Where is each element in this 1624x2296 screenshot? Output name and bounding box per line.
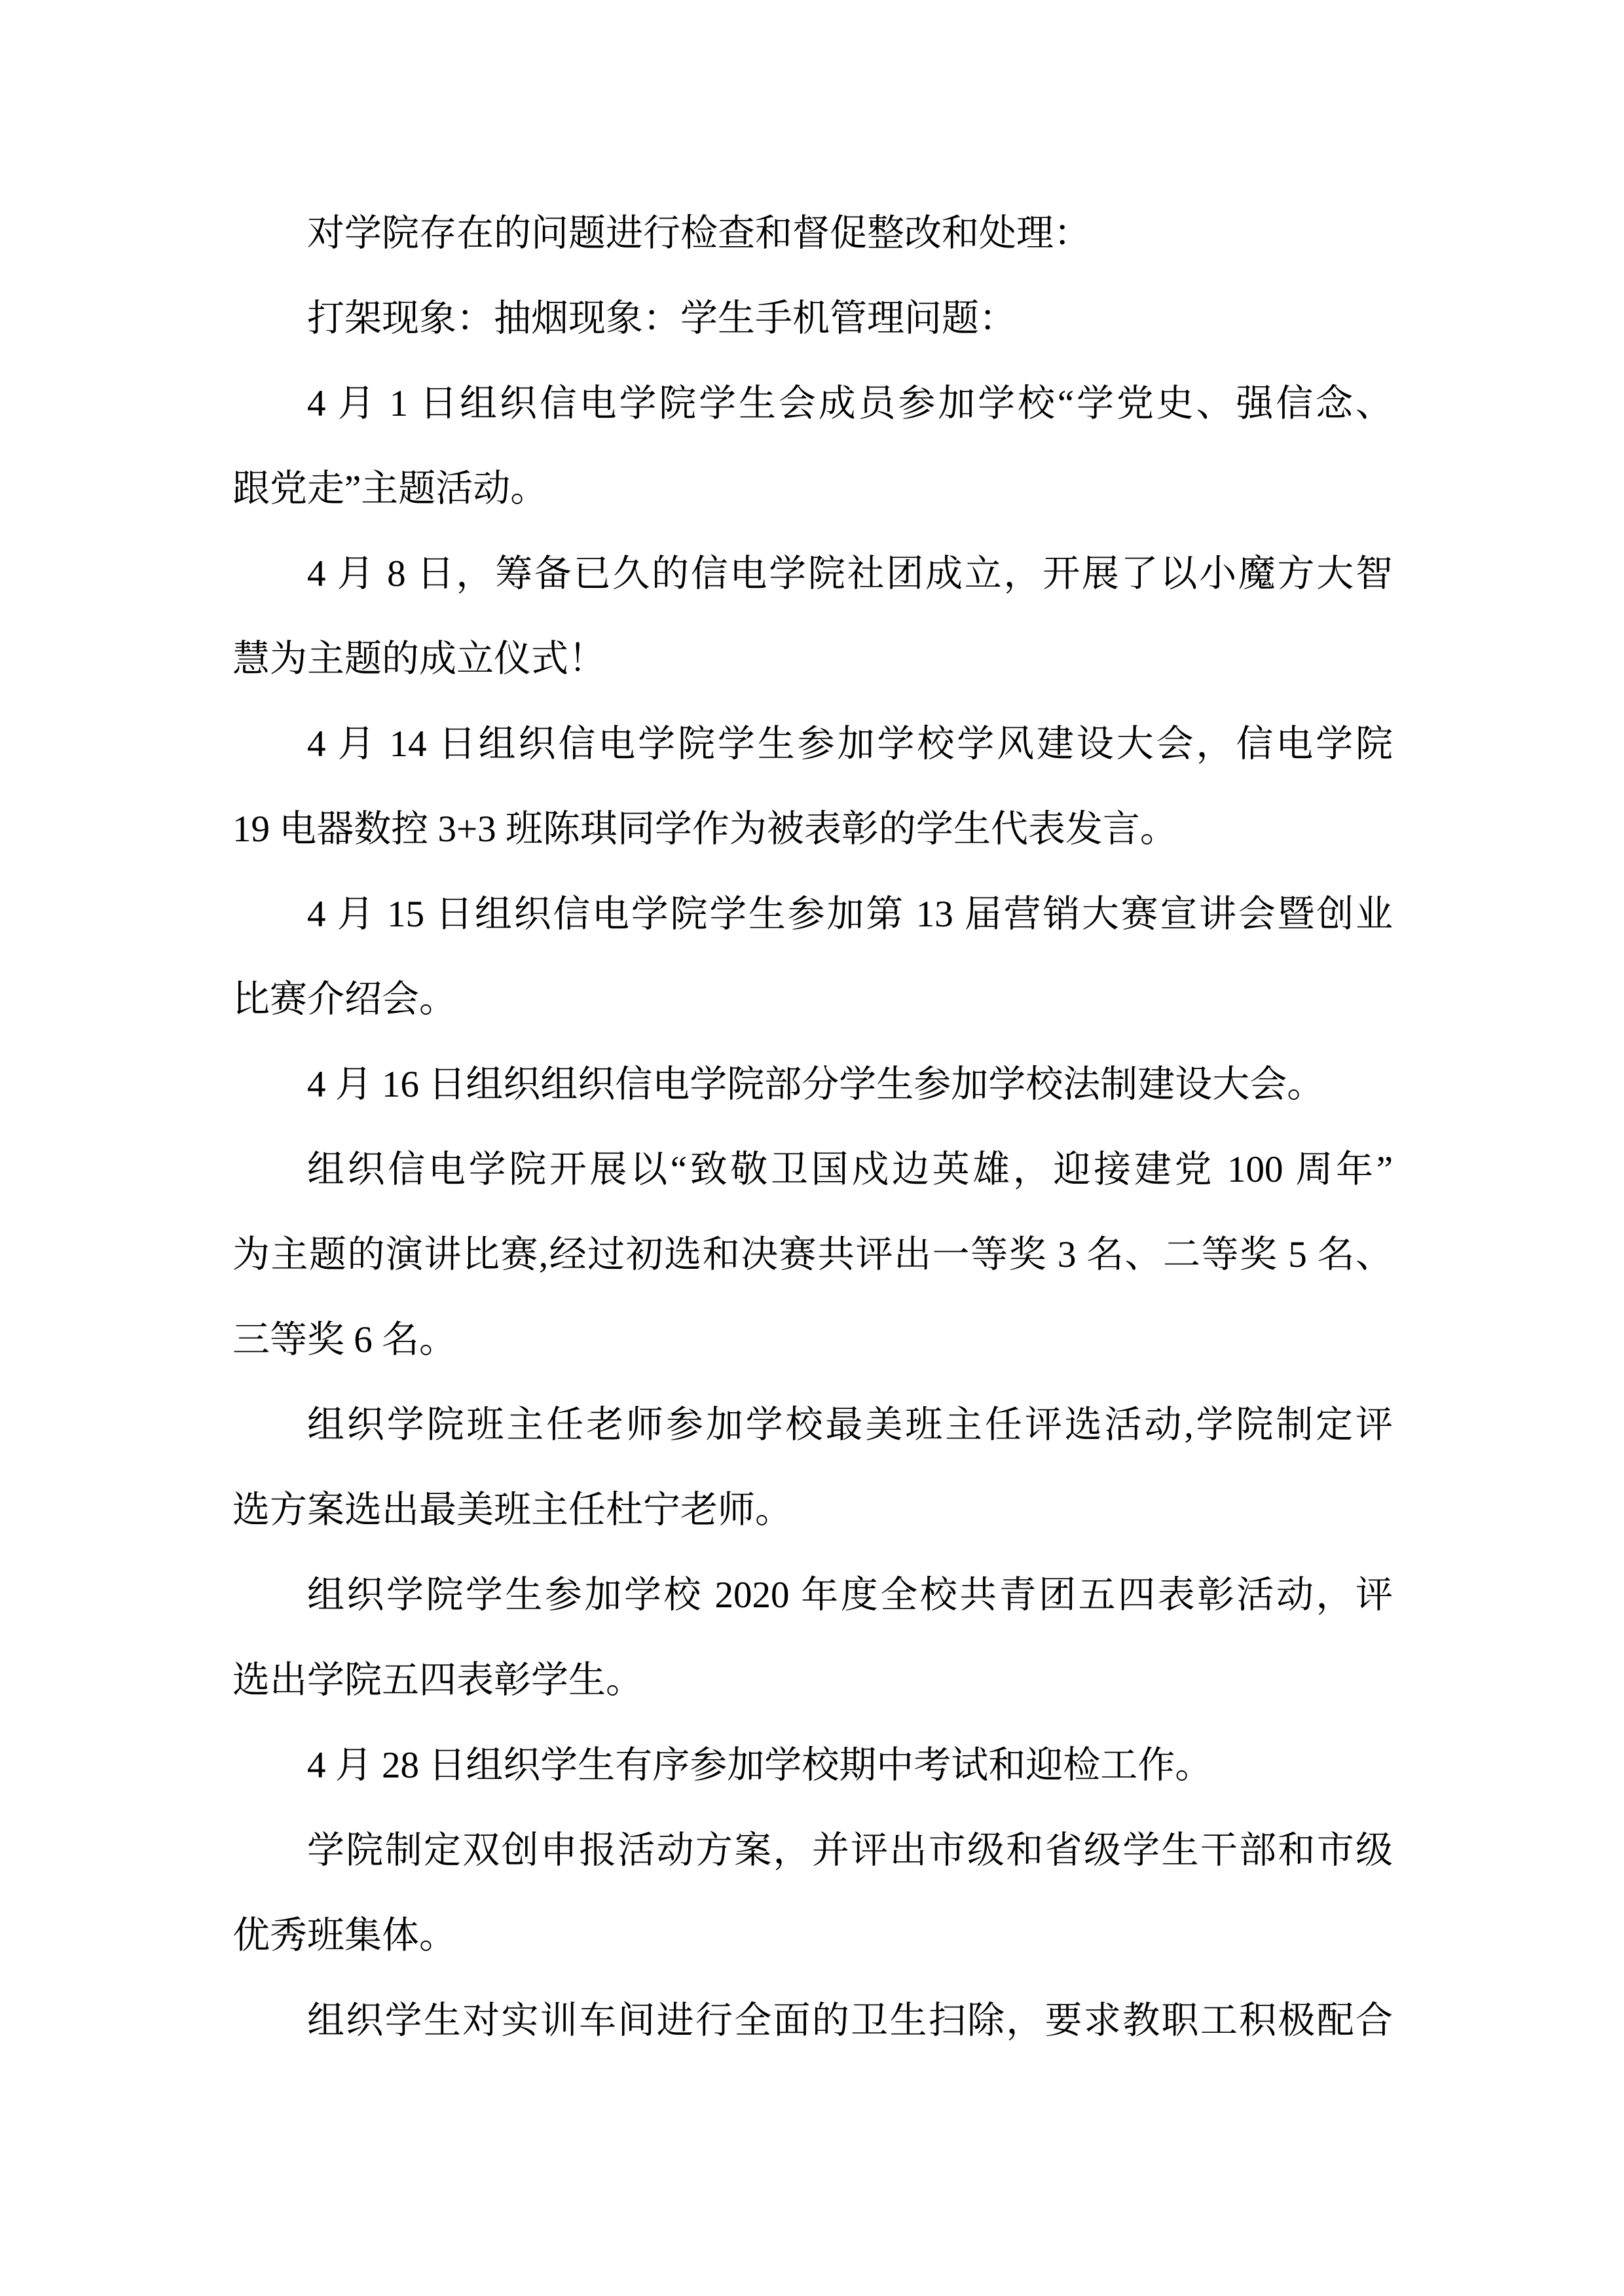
text-line: 选出学院五四表彰学生。 xyxy=(232,1638,1393,1723)
text-line: 跟党走”主题活动。 xyxy=(232,446,1393,532)
text-line: 组织学院学生参加学校 2020 年度全校共青团五四表彰活动，评 xyxy=(232,1553,1393,1638)
text-line: 4 月 16 日组织组织信电学院部分学生参加学校法制建设大会。 xyxy=(232,1042,1393,1127)
text-line: 4 月 1 日组织信电学院学生会成员参加学校“学党史、强信念、 xyxy=(232,361,1393,446)
text-line: 19 电器数控 3+3 班陈琪同学作为被表彰的学生代表发言。 xyxy=(232,787,1393,872)
text-line: 组织信电学院开展以“致敬卫国戍边英雄，迎接建党 100 周年” xyxy=(232,1127,1393,1212)
text-line: 组织学生对实训车间进行全面的卫生扫除，要求教职工积极配合 xyxy=(232,1978,1393,2064)
document-body: 对学院存在的问题进行检查和督促整改和处理： 打架现象：抽烟现象：学生手机管理问题… xyxy=(232,191,1393,2064)
text-line: 学院制定双创申报活动方案，并评出市级和省级学生干部和市级 xyxy=(232,1808,1393,1893)
text-line: 选方案选出最美班主任杜宁老师。 xyxy=(232,1468,1393,1553)
text-line: 优秀班集体。 xyxy=(232,1893,1393,1978)
text-line: 比赛介绍会。 xyxy=(232,957,1393,1042)
text-line: 为主题的演讲比赛,经过初选和决赛共评出一等奖 3 名、二等奖 5 名、 xyxy=(232,1212,1393,1298)
text-line: 三等奖 6 名。 xyxy=(232,1298,1393,1383)
text-line: 4 月 15 日组织信电学院学生参加第 13 届营销大赛宣讲会暨创业 xyxy=(232,872,1393,957)
text-line: 4 月 14 日组织信电学院学生参加学校学风建设大会，信电学院 xyxy=(232,702,1393,787)
text-line: 慧为主题的成立仪式！ xyxy=(232,617,1393,702)
text-line: 组织学院班主任老师参加学校最美班主任评选活动,学院制定评 xyxy=(232,1383,1393,1468)
text-line: 打架现象：抽烟现象：学生手机管理问题： xyxy=(232,276,1393,361)
document-page: 对学院存在的问题进行检查和督促整改和处理： 打架现象：抽烟现象：学生手机管理问题… xyxy=(0,0,1624,2296)
text-line: 4 月 8 日，筹备已久的信电学院社团成立，开展了以小魔方大智 xyxy=(232,532,1393,617)
text-line: 对学院存在的问题进行检查和督促整改和处理： xyxy=(232,191,1393,276)
text-line: 4 月 28 日组织学生有序参加学校期中考试和迎检工作。 xyxy=(232,1723,1393,1808)
